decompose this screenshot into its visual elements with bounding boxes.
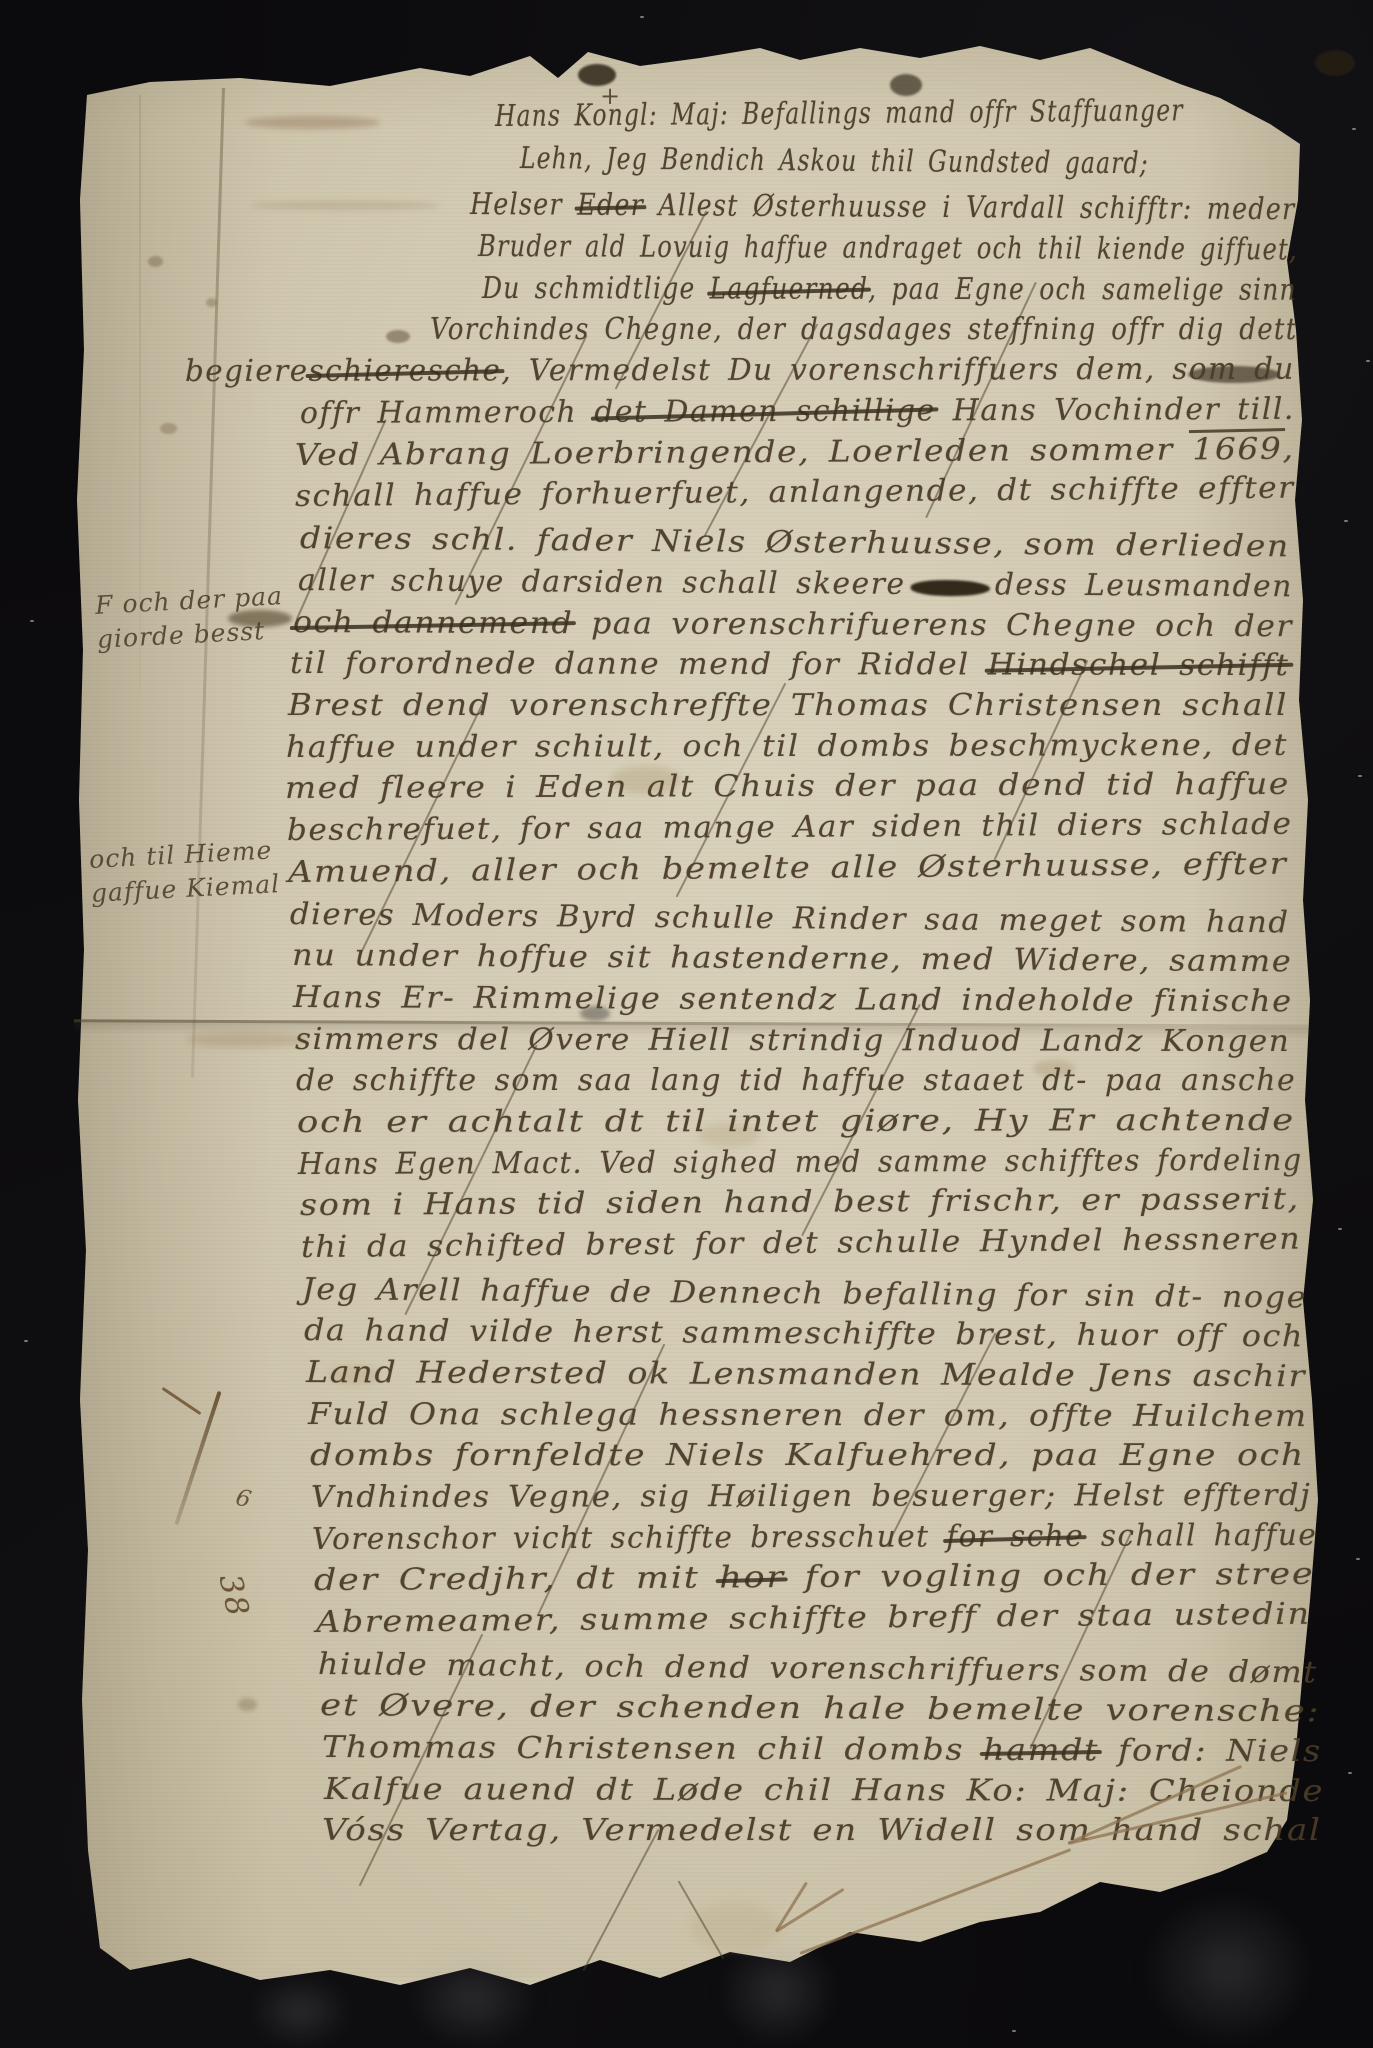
manuscript-line: Helser Eder Allest Østerhuusse i Vardall… — [470, 188, 1296, 226]
manuscript-line: Bruder ald Lovuig haffue andraget och th… — [478, 230, 1298, 266]
struck-text: for sche — [946, 1519, 1084, 1555]
manuscript-line: nu under hoffue sit hastenderne, med Wid… — [292, 939, 1293, 978]
struck-text: hamdt — [983, 1733, 1099, 1768]
handwritten-text: nu under hoffue sit hastenderne, med Wid… — [292, 938, 1293, 979]
manuscript-line: hiulde macht, och dend vorenschriffuers … — [318, 1648, 1318, 1689]
handwritten-text: dombs fornfeldte Niels Kalfuehred, paa E… — [310, 1438, 1305, 1473]
handwritten-text: offr Hammeroch — [300, 395, 594, 431]
dust-speck — [1352, 128, 1356, 130]
manuscript-line: Ved Abrang Loerbringende, Loerleden somm… — [295, 433, 1295, 472]
handwritten-text: til forordnede danne mend for Riddel — [290, 646, 988, 682]
handwritten-text: , — [1282, 432, 1294, 467]
manuscript-line: Kalfue auend dt Løde chil Hans Ko: Maj: … — [324, 1773, 1324, 1808]
handwritten-text: Hans Kongl: Maj: Befallings mand offr St… — [495, 93, 1184, 134]
handwritten-text: simmers del Øvere Hiell strindig Induod … — [295, 1022, 1290, 1059]
handwritten-text: , Vermedelst Du vorenschriffuers dem, so… — [501, 352, 1294, 389]
handwritten-text: Fuld Ona schlega hessneren der om, offte… — [308, 1397, 1308, 1434]
handwritten-text: 1669 — [1192, 432, 1282, 468]
handwritten-text: Thommas Christensen chil dombs — [322, 1730, 983, 1768]
cross-mark: + — [600, 82, 620, 110]
manuscript-line: Hans Kongl: Maj: Befallings mand offr St… — [495, 94, 1184, 133]
dust-speck — [1012, 2030, 1016, 2032]
handwritten-text: dess Leusmanden — [995, 567, 1293, 604]
handwritten-text: de schiffte som saa lang tid haffue staa… — [296, 1063, 1296, 1098]
struck-text: Hindschel schifft — [987, 647, 1289, 683]
handwritten-text: begiere — [185, 354, 309, 389]
handwritten-text: Hans Egen Mact. Ved sighed med samme sch… — [298, 1143, 1303, 1182]
stain — [250, 201, 440, 210]
manuscript-line: Lehn, Jeg Bendich Askou thil Gundsted ga… — [520, 142, 1149, 180]
struck-text: hor — [719, 1560, 785, 1595]
manuscript-line: Hans Egen Mact. Ved sighed med samme sch… — [298, 1144, 1303, 1181]
manuscript-line: dieres Moders Byrd schulle Rinder saa me… — [290, 898, 1290, 939]
stain — [206, 298, 217, 307]
handwritten-text: Ved Abrang Loerbringende, Loerleden somm… — [295, 432, 1193, 473]
manuscript-line: dombs fornfeldte Niels Kalfuehred, paa E… — [310, 1439, 1305, 1472]
manuscript-line: och dannemend paa vorenschrifuerens Cheg… — [293, 606, 1293, 643]
manuscript-line: haffue under schiult, och til dombs besc… — [286, 729, 1288, 764]
dust-speck — [1344, 520, 1348, 522]
handwritten-text: beschrefuet, for saa mange Aar siden thi… — [287, 807, 1293, 848]
manuscript-line: schall haffue forhuerfuet, anlangende, d… — [295, 472, 1295, 513]
ink-blot — [910, 580, 990, 596]
handwritten-text: aller schuye darsiden schall skeere — [298, 563, 906, 602]
handwritten-text: schall haffue — [1084, 1518, 1317, 1554]
manuscript-line: och er achtalt dt til intet giøre, Hy Er… — [297, 1104, 1295, 1139]
manuscript-line: de schiffte som saa lang tid haffue staa… — [296, 1064, 1296, 1097]
photo-background: Hans Kongl: Maj: Befallings mand offr St… — [0, 0, 1373, 2048]
manuscript-line: Du schmidtlige Lagfuerned, paa Egne och … — [482, 272, 1297, 307]
manuscript-line: thi da schifted brest for det schulle Hy… — [301, 1223, 1301, 1264]
cloth-fold — [250, 1975, 350, 2048]
stain — [245, 116, 380, 129]
handwritten-text: Allest Østerhuusse i Vardall schifftr: m… — [644, 188, 1296, 227]
manuscript-line: som i Hans tid siden hand best frischr, … — [300, 1183, 1300, 1222]
handwritten-text: da hand vilde herst sammeschiffte brest,… — [304, 1313, 1304, 1354]
manuscript-line: beschrefuet, for saa mange Aar siden thi… — [287, 808, 1293, 847]
handwritten-text: , paa Egne och samelige sinn — [868, 272, 1297, 308]
handwritten-text: Kalfue auend dt Løde chil Hans Ko: Maj: … — [324, 1772, 1324, 1809]
manuscript-line: Fuld Ona schlega hessneren der om, offte… — [308, 1398, 1308, 1433]
dust-speck — [1338, 1228, 1342, 1230]
manuscript-line: Vndhindes Vegne, sig Høiligen besuerger;… — [311, 1479, 1311, 1514]
dust-speck — [1348, 1772, 1352, 1774]
stain — [238, 1698, 257, 1711]
handwritten-text: paa vorenschrifuerens Chegne och der — [573, 606, 1293, 644]
manuscript-line: Thommas Christensen chil dombs hamdt for… — [322, 1731, 1322, 1768]
manuscript-line: Hans Er- Rimmelige sentendz Land indehol… — [293, 981, 1293, 1018]
handwritten-text: et Øvere, der schenden hale bemelte vore… — [320, 1688, 1321, 1729]
handwritten-text: Vorenschor vicht schiffte bresschuet — [312, 1519, 946, 1557]
dust-speck — [640, 16, 644, 18]
manuscript-line: Abremeamer, summe schiffte breff der sta… — [316, 1598, 1311, 1639]
handwritten-text: Land Hedersted ok Lensmanden Mealde Jens… — [306, 1355, 1306, 1394]
dust-speck — [1358, 775, 1362, 777]
manuscript-line: et Øvere, der schenden hale bemelte vore… — [320, 1689, 1321, 1728]
stain — [186, 1032, 310, 1047]
handwritten-text: Hans Er- Rimmelige sentendz Land indehol… — [293, 980, 1293, 1019]
struck-text: Lagfuerned — [710, 271, 869, 306]
manuscript-line: da hand vilde herst sammeschiffte brest,… — [304, 1314, 1304, 1353]
margin-note-2: och til Hieme gaffue Kiemal — [88, 833, 281, 910]
handwritten-text: der Credjhr, dt mit — [314, 1560, 720, 1598]
handwritten-text: Hans Vochinder till. — [936, 392, 1295, 429]
dust-speck — [30, 620, 34, 622]
dust-speck — [24, 1340, 28, 1342]
struck-text: och dannemend — [293, 605, 573, 641]
handwritten-text: Helser — [470, 187, 577, 223]
stain — [148, 256, 163, 267]
stain — [1315, 50, 1355, 76]
manuscript-line: til forordnede danne mend for Riddel Hin… — [290, 647, 1290, 682]
manuscript-line: begiereschieresche, Vermedelst Du vorens… — [185, 353, 1295, 388]
struck-text: Eder — [577, 188, 644, 223]
manuscript-line: Vorchindes Chegne, der dagsdages steffni… — [430, 313, 1298, 346]
handwritten-text: Brest dend vorenschreffte Thomas Christe… — [288, 688, 1288, 723]
manuscript-line: Brest dend vorenschreffte Thomas Christe… — [288, 689, 1288, 722]
dust-speck — [1366, 360, 1370, 362]
cloth-fold — [1140, 1890, 1315, 2048]
handwritten-text: Du schmidtlige — [482, 271, 710, 306]
handwritten-text: Vndhindes Vegne, sig Høiligen besuerger;… — [311, 1478, 1311, 1515]
struck-text: schieresche — [309, 353, 502, 388]
cloth-fold — [718, 1935, 838, 2048]
handwritten-text: haffue under schiult, och til dombs besc… — [286, 728, 1288, 765]
manuscript-line: dieres schl. fader Niels Østerhuusse, so… — [300, 522, 1290, 563]
margin-note-1: F och der paa giorde besst — [94, 579, 285, 656]
manuscript-line: offr Hammeroch det Damen schillige Hans … — [300, 393, 1295, 430]
manuscript-line: Amuend, aller och bemelte alle Østerhuus… — [288, 848, 1288, 889]
handwritten-text: och er achtalt dt til intet giøre, Hy Er… — [297, 1103, 1295, 1140]
handwritten-text: som i Hans tid siden hand best frischr, … — [300, 1182, 1300, 1223]
dust-speck — [1356, 1558, 1360, 1560]
manuscript-line: der Credjhr, dt mit hor for vogling och … — [314, 1558, 1315, 1597]
stain — [890, 74, 922, 96]
handwritten-text: for vogling och der stree — [785, 1557, 1315, 1595]
stain — [386, 330, 410, 343]
manuscript-line: aller schuye darsiden schall skeeredess … — [298, 564, 1293, 603]
handwritten-text: Lehn, Jeg Bendich Askou thil Gundsted ga… — [520, 141, 1149, 181]
stain — [160, 423, 177, 434]
manuscript-line: Vorenschor vicht schiffte bresschuet for… — [312, 1519, 1317, 1556]
manuscript-line: simmers del Øvere Hiell strindig Induod … — [295, 1023, 1290, 1058]
handwritten-text: Vorchindes Chegne, der dagsdages steffni… — [430, 312, 1298, 347]
manuscript-line: Land Hedersted ok Lensmanden Mealde Jens… — [306, 1356, 1306, 1393]
handwritten-text: ford: Niels — [1099, 1733, 1322, 1769]
cloth-fold — [408, 1950, 538, 2048]
handwritten-text: Bruder ald Lovuig haffue andraget och th… — [478, 229, 1298, 267]
manuscript-line: Jeg Arell haffue de Dennech befalling fo… — [302, 1273, 1307, 1314]
